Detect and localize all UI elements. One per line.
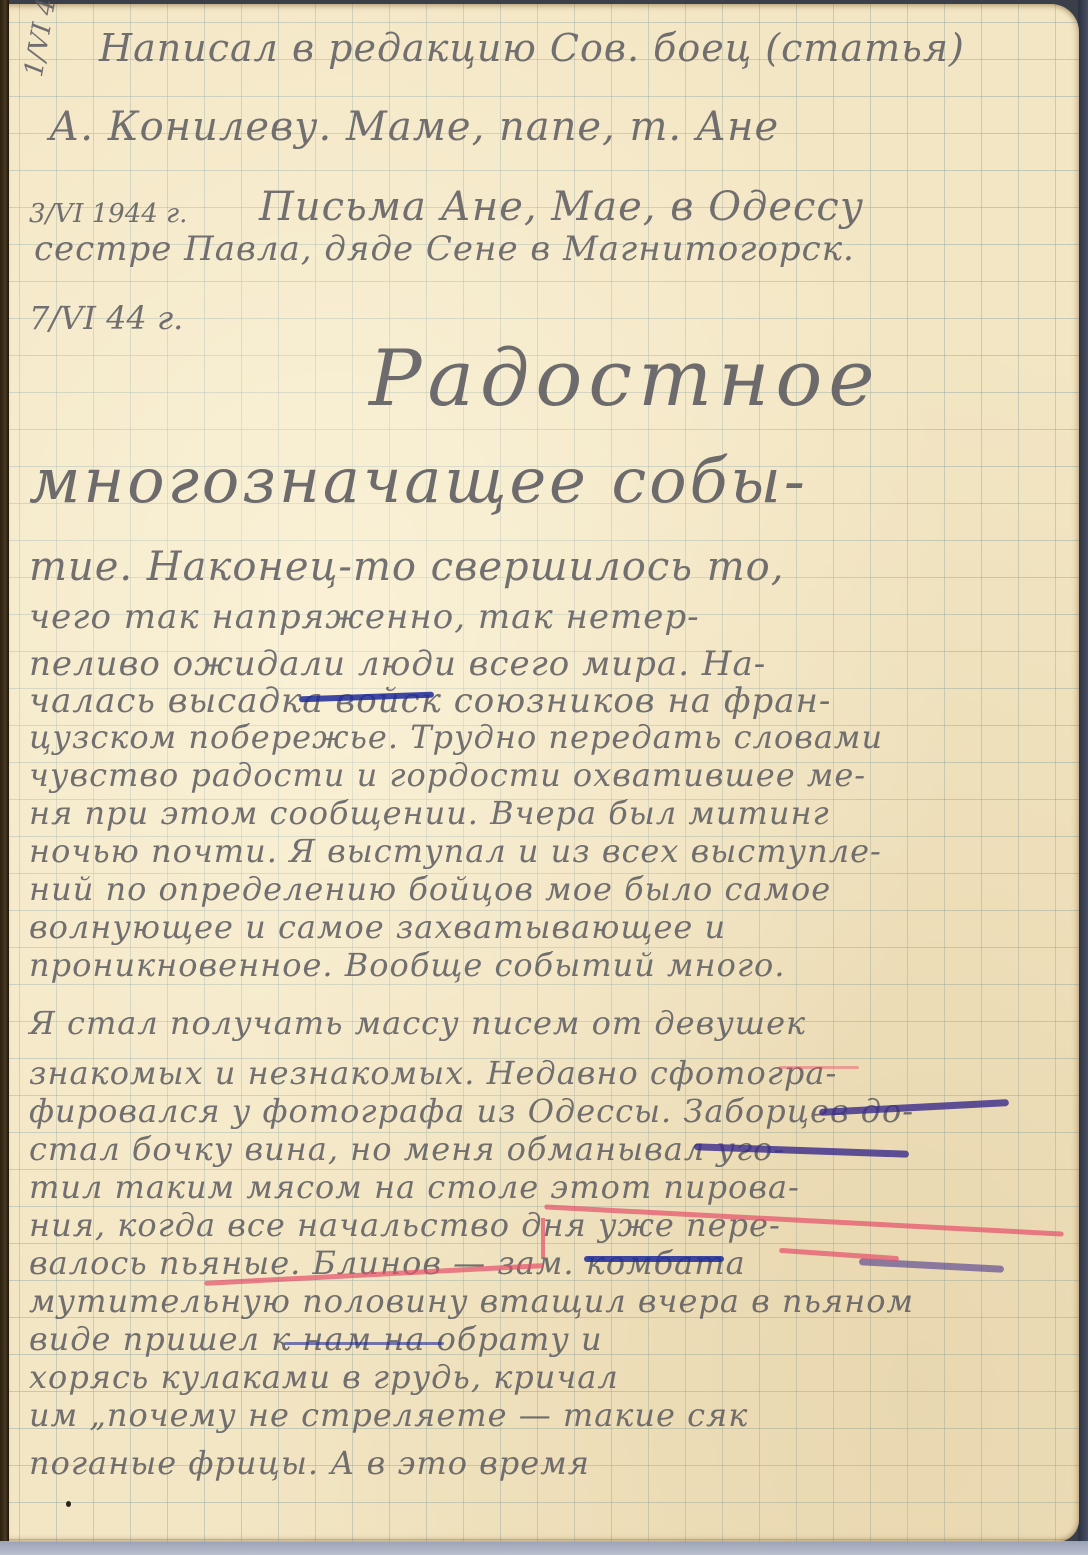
entry-date: 3/VI 1944 г.	[29, 199, 187, 229]
text-line: знакомых и незнакомых. Недавно сфотогра-	[29, 1054, 837, 1092]
blue-underline	[284, 1342, 444, 1345]
violet-underline	[859, 1258, 1004, 1273]
background-edge-bottom	[0, 1541, 1088, 1555]
text-line: цузском побережье. Трудно передать слова…	[29, 718, 883, 756]
text-line: чего так напряженно, так нетер-	[29, 597, 700, 637]
text-line: Я стал получать массу писем от девушек	[29, 1004, 806, 1042]
red-pencil-mark	[779, 1248, 899, 1261]
text-line: волнующее и самое захватывающее и	[29, 908, 726, 946]
text-line: ночью почти. Я выступал и из всех выступ…	[29, 832, 882, 870]
text-line: А. Конилеву. Маме, папе, т. Ане	[49, 104, 779, 150]
text-line: хорясь кулаками в грудь, кричал	[29, 1358, 619, 1396]
text-line: поганые фрицы. А в это время	[29, 1444, 590, 1482]
text-line: виде пришел к нам на обрату и	[29, 1320, 603, 1358]
blue-underline	[584, 1256, 724, 1262]
text-line: сестре Павла, дяде Сене в Магнитогорск.	[34, 229, 855, 269]
text-line: чалась высадка войск союзников на фран-	[29, 681, 831, 721]
text-line: стал бочку вина, но меня обманывал уго-	[29, 1130, 785, 1168]
text-line: пеливо ожидали люди всего мира. На-	[29, 644, 766, 684]
text-line: тие. Наконец-то свершилось то,	[29, 544, 784, 590]
text-line: чувство радости и гордости охватившее ме…	[29, 756, 866, 794]
text-line: ний по определению бойцов мое было самое	[29, 870, 831, 908]
ink-speck	[66, 1501, 71, 1507]
text-line: тил таким мясом на столе этот пирова-	[29, 1168, 800, 1206]
text-line: фировался у фотографа из Одессы. Заборце…	[29, 1092, 914, 1130]
notebook-page: 1/VI 44 г. Написал в редакцию Сов. боец …	[9, 4, 1079, 1542]
text-line: мутительную половину втащил вчера в пьян…	[29, 1282, 914, 1320]
red-pencil-mark	[779, 1066, 859, 1069]
text-line: проникновенное. Вообще событий много.	[29, 946, 785, 984]
entry-date: 7/VI 44 г.	[29, 299, 183, 337]
text-line: Написал в редакцию Сов. боец (статья)	[99, 26, 965, 70]
text-line: ня при этом сообщении. Вчера был митинг	[29, 794, 830, 832]
text-line: Письма Ане, Мае, в Одессу	[259, 184, 864, 230]
entry-heading: Радостное	[369, 334, 881, 424]
red-pencil-mark	[541, 1218, 545, 1258]
entry-date: 1/VI 44 г.	[19, 0, 70, 79]
entry-heading: многозначащее собы-	[29, 444, 808, 517]
notebook-spine	[0, 0, 9, 1555]
background-edge	[1078, 0, 1088, 1555]
text-line: им „почему не стреляете — такие сяк	[29, 1396, 748, 1434]
